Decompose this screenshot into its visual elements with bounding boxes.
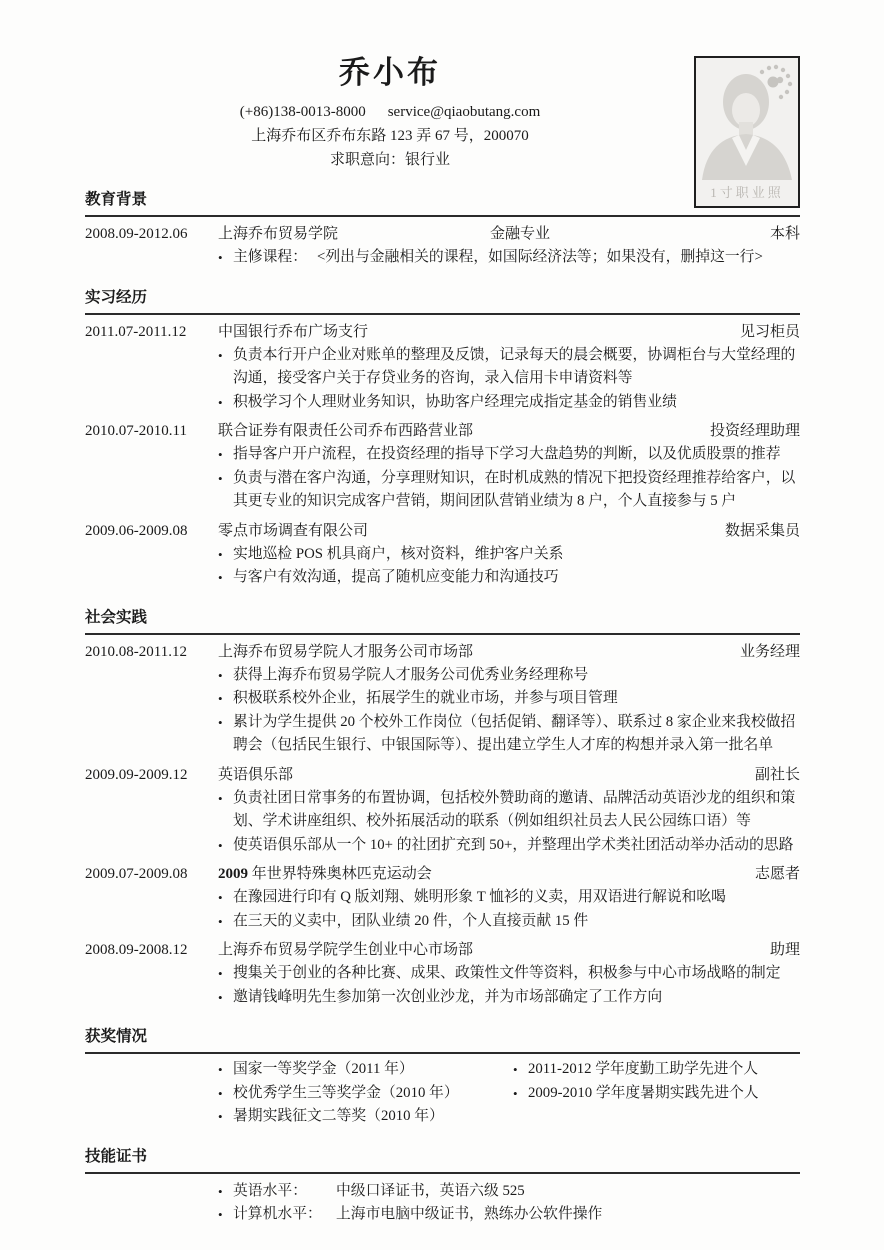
skill-label: 英语水平： [233, 1180, 336, 1204]
social-entry: 2008.09-2008.12 上海乔布贸易学院学生创业中心市场部 助理 • 搜… [85, 938, 800, 1009]
social-entry: 2009.09-2009.12 英语俱乐部 副社长 • 负责社团日常事务的布置协… [85, 763, 800, 858]
bullet-marker: • [218, 1180, 233, 1204]
contact-address: 上海乔布区乔布东路 123 弄 67 号，200070 [85, 124, 695, 148]
photo-caption: 1寸职业照 [696, 182, 798, 201]
bullet-list: • 指导客户开户流程，在投资经理的指导下学习大盘趋势的判断，以及优质股票的推荐 … [218, 443, 800, 514]
bullet-marker: • [218, 391, 233, 415]
bullet-text: <列出与金融相关的课程，如国际经济法等；如果没有，删掉这一行> [317, 246, 800, 270]
bullet-list: • 搜集关于创业的各种比赛、成果、政策性文件等资料，积极参与中心市场战略的制定 … [218, 962, 800, 1009]
bullet-marker: • [218, 787, 233, 834]
entry-header: 2010.07-2010.11 联合证券有限责任公司乔布西路营业部 投资经理助理 [85, 419, 800, 443]
entry-date: 2008.09-2012.06 [85, 222, 218, 246]
bullet-marker: • [218, 566, 233, 590]
bullet-item: • 搜集关于创业的各种比赛、成果、政策性文件等资料，积极参与中心市场战略的制定 [218, 962, 800, 986]
award-item: • 2009-2010 学年度暑期实践先进个人 [513, 1082, 800, 1106]
award-item: • 国家一等奖学金（2011 年） [218, 1058, 513, 1082]
bullet-text: 使英语俱乐部从一个 10+ 的社团扩充到 50+，并整理出学术类社团活动举办活动… [233, 834, 800, 858]
bullet-item: • 实地巡检 POS 机具商户，核对资料，维护客户关系 [218, 543, 800, 567]
section-internship: 实习经历 2011.07-2011.12 中国银行乔布广场支行 见习柜员 • 负… [85, 287, 800, 590]
contact-phone: (+86)138-0013-8000 [240, 104, 366, 120]
resume-header: 乔小布 (+86)138-0013-8000service@qiaobutang… [85, 52, 800, 172]
entry-date: 2010.07-2010.11 [85, 419, 218, 443]
bullet-list: • 英语水平： 中级口译证书，英语六级 525 • 计算机水平： 上海市电脑中级… [218, 1180, 800, 1227]
entry-role: 投资经理助理 [700, 419, 800, 443]
bullet-marker: • [218, 711, 233, 758]
bullet-marker: • [218, 1058, 233, 1082]
bullet-text: 负责社团日常事务的布置协调，包括校外赞助商的邀请、品牌活动英语沙龙的组织和策划、… [233, 787, 800, 834]
bullet-item: • 主修课程： <列出与金融相关的课程，如国际经济法等；如果没有，删掉这一行> [218, 246, 800, 270]
bullet-text: 累计为学生提供 20 个校外工作岗位（包括促销、翻译等）、联系过 8 家企业来我… [233, 711, 800, 758]
bullet-list: • 获得上海乔布贸易学院人才服务公司优秀业务经理称号 • 积极联系校外企业，拓展… [218, 664, 800, 758]
entry-date: 2011.07-2011.12 [85, 320, 218, 344]
bullet-text: 在豫园进行印有 Q 版刘翔、姚明形象 T 恤衫的义卖，用双语进行解说和吆喝 [233, 886, 800, 910]
entry-date: 2010.08-2011.12 [85, 640, 218, 664]
bullet-marker: • [218, 1203, 233, 1227]
bullet-item: • 邀请钱峰明先生参加第一次创业沙龙，并为市场部确定了工作方向 [218, 986, 800, 1010]
entry-organization: 上海乔布贸易学院人才服务公司市场部 [218, 640, 730, 664]
bullet-item: • 使英语俱乐部从一个 10+ 的社团扩充到 50+，并整理出学术类社团活动举办… [218, 834, 800, 858]
job-objective: 求职意向：银行业 [85, 148, 695, 172]
bullet-marker: • [218, 443, 233, 467]
bullet-marker: • [218, 962, 233, 986]
social-entry: 2009.07-2009.08 2009 年世界特殊奥林匹克运动会 志愿者 • … [85, 862, 800, 933]
awards-columns: • 国家一等奖学金（2011 年） • 校优秀学生三等奖学金（2010 年） •… [218, 1058, 800, 1129]
entry-organization: 零点市场调查有限公司 [218, 519, 715, 543]
bullet-marker: • [218, 910, 233, 934]
entry-organization-rest: 年世界特殊奥林匹克运动会 [248, 866, 432, 882]
section-title-awards: 获奖情况 [85, 1026, 800, 1054]
award-text: 暑期实践征文二等奖（2010 年） [233, 1105, 513, 1129]
bullet-text: 搜集关于创业的各种比赛、成果、政策性文件等资料，积极参与中心市场战略的制定 [233, 962, 800, 986]
entry-date: 2009.09-2009.12 [85, 763, 218, 787]
entry-role: 见习柜员 [730, 320, 800, 344]
major-name: 金融专业 [490, 222, 760, 246]
bullet-marker: • [218, 344, 233, 391]
education-entry: 2008.09-2012.06 上海乔布贸易学院 金融专业 本科 [85, 222, 800, 246]
awards-column-right: • 2011-2012 学年度勤工助学先进个人 • 2009-2010 学年度暑… [513, 1058, 800, 1129]
entry-role: 志愿者 [745, 862, 800, 886]
bullet-item: • 在豫园进行印有 Q 版刘翔、姚明形象 T 恤衫的义卖，用双语进行解说和吆喝 [218, 886, 800, 910]
bullet-text: 在三天的义卖中，团队业绩 20 件，个人直接贡献 15 件 [233, 910, 800, 934]
contact-email: service@qiaobutang.com [388, 104, 541, 120]
social-entry: 2010.08-2011.12 上海乔布贸易学院人才服务公司市场部 业务经理 •… [85, 640, 800, 758]
bullet-text: 获得上海乔布贸易学院人才服务公司优秀业务经理称号 [233, 664, 800, 688]
award-text: 校优秀学生三等奖学金（2010 年） [233, 1082, 513, 1106]
entry-role: 副社长 [745, 763, 800, 787]
skill-item: • 计算机水平： 上海市电脑中级证书，熟练办公软件操作 [218, 1203, 800, 1227]
award-text: 国家一等奖学金（2011 年） [233, 1058, 513, 1082]
awards-column-left: • 国家一等奖学金（2011 年） • 校优秀学生三等奖学金（2010 年） •… [218, 1058, 513, 1129]
internship-entry: 2011.07-2011.12 中国银行乔布广场支行 见习柜员 • 负责本行开户… [85, 320, 800, 415]
award-text: 2011-2012 学年度勤工助学先进个人 [528, 1058, 800, 1082]
bullet-item: • 与客户有效沟通，提高了随机应变能力和沟通技巧 [218, 566, 800, 590]
entry-header: 2009.07-2009.08 2009 年世界特殊奥林匹克运动会 志愿者 [85, 862, 800, 886]
bullet-marker: • [218, 543, 233, 567]
entry-role: 数据采集员 [715, 519, 800, 543]
resume-page: 乔小布 (+86)138-0013-8000service@qiaobutang… [0, 0, 884, 1250]
bullet-marker: • [513, 1058, 528, 1082]
bullet-marker: • [218, 246, 233, 270]
skill-label: 计算机水平： [233, 1203, 336, 1227]
header-text: 乔小布 (+86)138-0013-8000service@qiaobutang… [85, 52, 695, 172]
bullet-item: • 负责本行开户企业对账单的整理及反馈，记录每天的晨会概要，协调柜台与大堂经理的… [218, 344, 800, 391]
bullet-label: 主修课程： [233, 246, 307, 270]
bullet-item: • 获得上海乔布贸易学院人才服务公司优秀业务经理称号 [218, 664, 800, 688]
candidate-name: 乔小布 [85, 52, 695, 94]
bullet-item: • 在三天的义卖中，团队业绩 20 件，个人直接贡献 15 件 [218, 910, 800, 934]
bullet-marker: • [218, 664, 233, 688]
entry-header: 2010.08-2011.12 上海乔布贸易学院人才服务公司市场部 业务经理 [85, 640, 800, 664]
section-title-internship: 实习经历 [85, 287, 800, 315]
internship-entry: 2010.07-2010.11 联合证券有限责任公司乔布西路营业部 投资经理助理… [85, 419, 800, 514]
section-skills: 技能证书 • 英语水平： 中级口译证书，英语六级 525 • 计算机水平： 上海… [85, 1146, 800, 1227]
award-item: • 2011-2012 学年度勤工助学先进个人 [513, 1058, 800, 1082]
entry-date: 2009.06-2009.08 [85, 519, 218, 543]
bullet-marker: • [218, 1082, 233, 1106]
bullet-marker: • [218, 1105, 233, 1129]
entry-role: 助理 [760, 938, 800, 962]
entry-organization: 英语俱乐部 [218, 763, 745, 787]
section-social-practice: 社会实践 2010.08-2011.12 上海乔布贸易学院人才服务公司市场部 业… [85, 607, 800, 1010]
bullet-marker: • [218, 467, 233, 514]
bullet-item: • 累计为学生提供 20 个校外工作岗位（包括促销、翻译等）、联系过 8 家企业… [218, 711, 800, 758]
bullet-marker: • [218, 986, 233, 1010]
bullet-text: 指导客户开户流程，在投资经理的指导下学习大盘趋势的判断，以及优质股票的推荐 [233, 443, 800, 467]
section-education: 教育背景 2008.09-2012.06 上海乔布贸易学院 金融专业 本科 • … [85, 189, 800, 270]
section-awards: 获奖情况 • 国家一等奖学金（2011 年） • 校优秀学生三等奖学金（2010… [85, 1026, 800, 1129]
contact-line: (+86)138-0013-8000service@qiaobutang.com [85, 100, 695, 124]
section-title-social: 社会实践 [85, 607, 800, 635]
bullet-list: • 在豫园进行印有 Q 版刘翔、姚明形象 T 恤衫的义卖，用双语进行解说和吆喝 … [218, 886, 800, 933]
bullet-text: 积极联系校外企业，拓展学生的就业市场，并参与项目管理 [233, 687, 800, 711]
skill-value: 上海市电脑中级证书，熟练办公软件操作 [336, 1203, 800, 1227]
entry-date: 2008.09-2008.12 [85, 938, 218, 962]
bullet-text: 实地巡检 POS 机具商户，核对资料，维护客户关系 [233, 543, 800, 567]
entry-header: 2011.07-2011.12 中国银行乔布广场支行 见习柜员 [85, 320, 800, 344]
bullet-list: • 主修课程： <列出与金融相关的课程，如国际经济法等；如果没有，删掉这一行> [218, 246, 800, 270]
bullet-marker: • [218, 834, 233, 858]
entry-date: 2009.07-2009.08 [85, 862, 218, 886]
section-title-education: 教育背景 [85, 189, 800, 217]
bullet-item: • 积极学习个人理财业务知识，协助客户经理完成指定基金的销售业绩 [218, 391, 800, 415]
bullet-item: • 负责社团日常事务的布置协调，包括校外赞助商的邀请、品牌活动英语沙龙的组织和策… [218, 787, 800, 834]
bullet-text: 与客户有效沟通，提高了随机应变能力和沟通技巧 [233, 566, 800, 590]
skill-item: • 英语水平： 中级口译证书，英语六级 525 [218, 1180, 800, 1204]
person-silhouette-icon [696, 58, 798, 180]
internship-entry: 2009.06-2009.08 零点市场调查有限公司 数据采集员 • 实地巡检 … [85, 519, 800, 590]
bullet-list: • 负责本行开户企业对账单的整理及反馈，记录每天的晨会概要，协调柜台与大堂经理的… [218, 344, 800, 415]
bullet-list: • 实地巡检 POS 机具商户，核对资料，维护客户关系 • 与客户有效沟通，提高… [218, 543, 800, 590]
entry-organization: 联合证券有限责任公司乔布西路营业部 [218, 419, 700, 443]
bullet-text: 邀请钱峰明先生参加第一次创业沙龙，并为市场部确定了工作方向 [233, 986, 800, 1010]
bullet-marker: • [513, 1082, 528, 1106]
entry-header: 2008.09-2008.12 上海乔布贸易学院学生创业中心市场部 助理 [85, 938, 800, 962]
bullet-list: • 负责社团日常事务的布置协调，包括校外赞助商的邀请、品牌活动英语沙龙的组织和策… [218, 787, 800, 858]
bullet-text: 积极学习个人理财业务知识，协助客户经理完成指定基金的销售业绩 [233, 391, 800, 415]
award-item: • 校优秀学生三等奖学金（2010 年） [218, 1082, 513, 1106]
entry-role: 业务经理 [730, 640, 800, 664]
bullet-item: • 指导客户开户流程，在投资经理的指导下学习大盘趋势的判断，以及优质股票的推荐 [218, 443, 800, 467]
entry-organization: 上海乔布贸易学院学生创业中心市场部 [218, 938, 760, 962]
entry-organization-year: 2009 [218, 866, 248, 882]
award-text: 2009-2010 学年度暑期实践先进个人 [528, 1082, 800, 1106]
section-title-skills: 技能证书 [85, 1146, 800, 1174]
bullet-text: 负责与潜在客户沟通，分享理财知识，在时机成熟的情况下把投资经理推荐给客户，以其更… [233, 467, 800, 514]
bullet-text: 负责本行开户企业对账单的整理及反馈，记录每天的晨会概要，协调柜台与大堂经理的沟通… [233, 344, 800, 391]
entry-header: 2009.06-2009.08 零点市场调查有限公司 数据采集员 [85, 519, 800, 543]
bullet-item: • 负责与潜在客户沟通，分享理财知识，在时机成熟的情况下把投资经理推荐给客户，以… [218, 467, 800, 514]
entry-organization: 中国银行乔布广场支行 [218, 320, 730, 344]
bullet-marker: • [218, 687, 233, 711]
school-name: 上海乔布贸易学院 [218, 222, 490, 246]
entry-organization: 2009 年世界特殊奥林匹克运动会 [218, 862, 745, 886]
skill-value: 中级口译证书，英语六级 525 [336, 1180, 800, 1204]
bullet-item: • 积极联系校外企业，拓展学生的就业市场，并参与项目管理 [218, 687, 800, 711]
entry-header: 2009.09-2009.12 英语俱乐部 副社长 [85, 763, 800, 787]
degree-label: 本科 [760, 222, 800, 246]
bullet-marker: • [218, 886, 233, 910]
photo-placeholder: 1寸职业照 [694, 56, 800, 208]
award-item: • 暑期实践征文二等奖（2010 年） [218, 1105, 513, 1129]
